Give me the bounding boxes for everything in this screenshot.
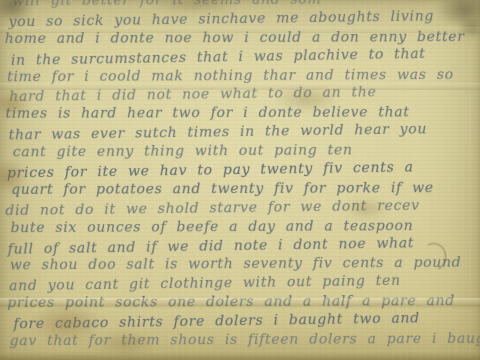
bottom-edge-shadow	[0, 352, 480, 360]
letter-text: will git better for it seems and somyou …	[2, 0, 479, 352]
handwritten-line: gav that for them shous is fifteen doler…	[10, 330, 480, 351]
letter-page: will git better for it seems and somyou …	[0, 0, 480, 360]
